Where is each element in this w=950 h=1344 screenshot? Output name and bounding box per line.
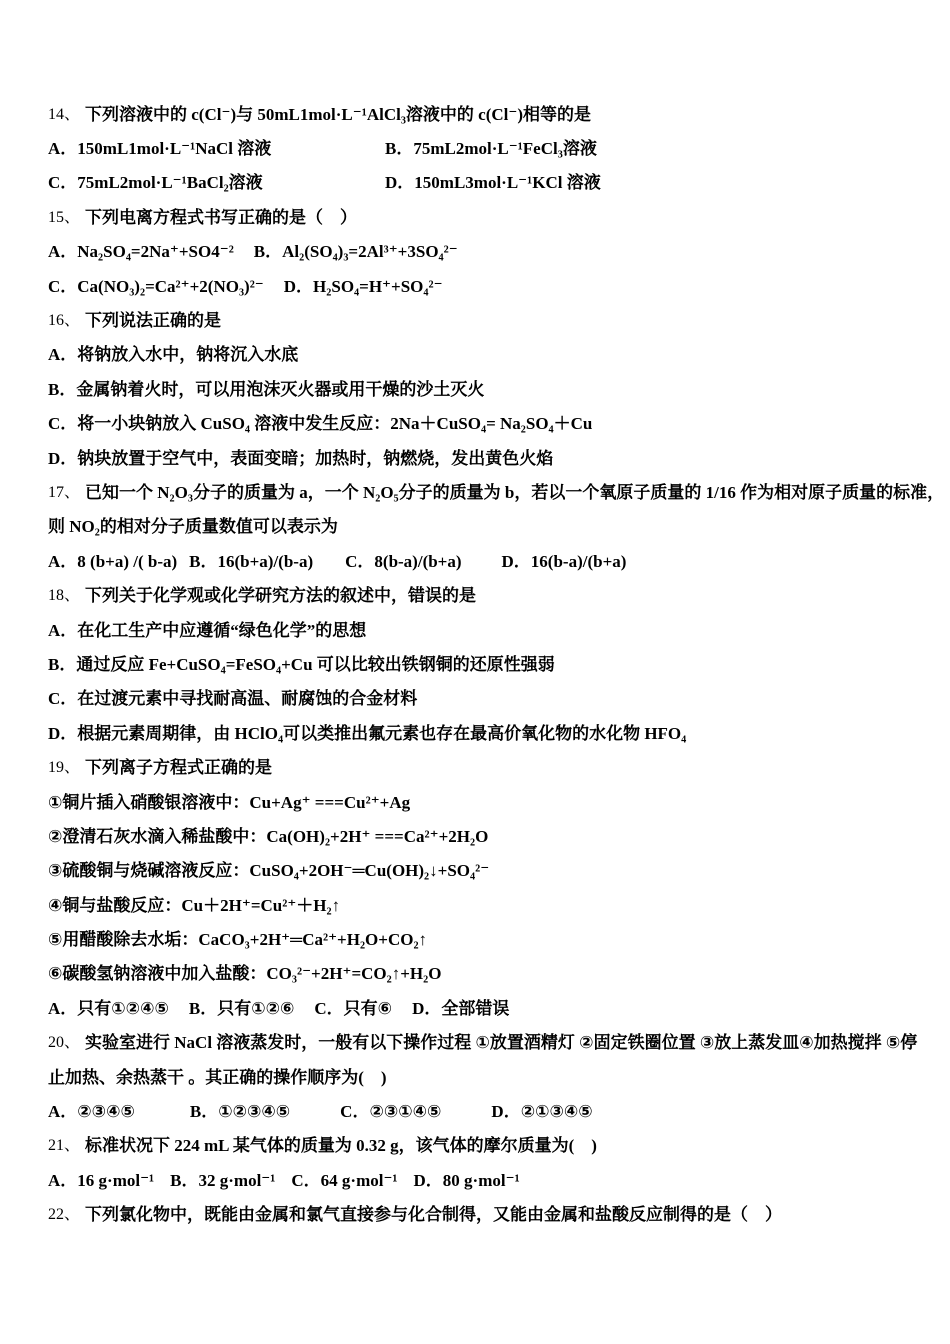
question-22-number: 22、 <box>48 1201 85 1224</box>
question-15-option-c: C．Ca(NO₃)₂=Ca²⁺+2(NO₃)²⁻ <box>48 272 264 297</box>
question-22-stem: 22、 下列氯化物中，既能由金属和氯气直接参与化合制得，又能由金属和盐酸反应制得… <box>48 1196 914 1230</box>
question-17-stem-line-1: 17、 已知一个 N₂O₃分子的质量为 a，一个 N₂O₅分子的质量为 b，若以… <box>48 473 914 507</box>
question-19-number: 19、 <box>48 754 85 777</box>
question-19-item-2: ②澄清石灰水滴入稀盐酸中：Ca(OH)₂+2H⁺ ===Ca²⁺+2H₂O <box>48 817 914 851</box>
question-17-stem-line-2: 则 NO₂的相对分子质量数值可以表示为 <box>48 508 914 542</box>
question-19-stem: 19、 下列离子方程式正确的是 <box>48 748 914 782</box>
question-20-option-c: C．②③①④⑤ <box>340 1097 441 1122</box>
question-15-option-d: D．H₂SO₄=H⁺+SO₄²⁻ <box>284 272 443 297</box>
question-14-number: 14、 <box>48 101 85 124</box>
question-19-stem-text: 下列离子方程式正确的是 <box>85 753 272 778</box>
question-14-option-a: A．150mL1mol·L⁻¹NaCl 溶液 <box>48 134 385 159</box>
question-16-option-c: C．将一小块钠放入 CuSO₄ 溶液中发生反应：2Na＋CuSO₄= Na₂SO… <box>48 405 914 439</box>
question-14-option-d: D．150mL3mol·L⁻¹KCl 溶液 <box>385 168 601 193</box>
exam-page: 14、 下列溶液中的 c(Cl⁻)与 50mL1mol·L⁻¹AlCl₃溶液中的… <box>0 0 950 1230</box>
question-19-options-row: A．只有①②④⑤ B．只有①②⑥ C．只有⑥ D．全部错误 <box>48 989 914 1023</box>
question-14-options-row-1: A．150mL1mol·L⁻¹NaCl 溶液 B．75mL2mol·L⁻¹FeC… <box>48 129 914 163</box>
question-21-number: 21、 <box>48 1132 85 1155</box>
question-17-option-b: B．16(b+a)/(b-a) <box>189 547 313 572</box>
question-15-stem-text: 下列电离方程式书写正确的是（ ） <box>85 203 357 228</box>
question-20-stem-text-1: 实验室进行 NaCl 溶液蒸发时，一般有以下操作过程 ①放置酒精灯 ②固定铁圈位… <box>85 1028 917 1053</box>
question-16-stem-text: 下列说法正确的是 <box>85 306 221 331</box>
question-16-number: 16、 <box>48 307 85 330</box>
question-18-option-a: A．在化工生产中应遵循“绿色化学”的思想 <box>48 611 914 645</box>
question-15-options-row-2: C．Ca(NO₃)₂=Ca²⁺+2(NO₃)²⁻ D．H₂SO₄=H⁺+SO₄²… <box>48 267 914 301</box>
question-15-stem: 15、 下列电离方程式书写正确的是（ ） <box>48 198 914 232</box>
question-17-stem-text-1: 已知一个 N₂O₃分子的质量为 a，一个 N₂O₅分子的质量为 b，若以一个氧原… <box>85 478 944 503</box>
question-18-option-c: C．在过渡元素中寻找耐高温、耐腐蚀的合金材料 <box>48 680 914 714</box>
question-15-options-row-1: A．Na₂SO₄=2Na⁺+SO4⁻² B．Al₂(SO₄)₃=2Al³⁺+3S… <box>48 233 914 267</box>
question-14-options-row-2: C．75mL2mol·L⁻¹BaCl₂溶液 D．150mL3mol·L⁻¹KCl… <box>48 164 914 198</box>
question-20-stem-line-2: 止加热、余热蒸干 。其正确的操作顺序为( ) <box>48 1058 914 1092</box>
question-20-option-a: A．②③④⑤ <box>48 1097 135 1122</box>
question-17-options-row: A．8 (b+a) /( b-a) B．16(b+a)/(b-a) C．8(b-… <box>48 542 914 576</box>
question-17-option-a: A．8 (b+a) /( b-a) <box>48 547 177 572</box>
question-21-option-a: A．16 g·mol⁻¹ <box>48 1166 154 1191</box>
question-18-stem: 18、 下列关于化学观或化学研究方法的叙述中，错误的是 <box>48 576 914 610</box>
question-15-option-b: B．Al₂(SO₄)₃=2Al³⁺+3SO₄²⁻ <box>254 237 458 262</box>
question-19-item-3: ③硫酸铜与烧碱溶液反应：CuSO₄+2OH⁻═Cu(OH)₂↓+SO₄²⁻ <box>48 852 914 886</box>
question-19-option-a: A．只有①②④⑤ <box>48 994 169 1019</box>
question-19-item-6: ⑥碳酸氢钠溶液中加入盐酸：CO₃²⁻+2H⁺=CO₂↑+H₂O <box>48 955 914 989</box>
question-18-option-b: B．通过反应 Fe+CuSO₄=FeSO₄+Cu 可以比较出铁钢铜的还原性强弱 <box>48 645 914 679</box>
question-14-stem-text: 下列溶液中的 c(Cl⁻)与 50mL1mol·L⁻¹AlCl₃溶液中的 c(C… <box>85 100 591 125</box>
question-21-option-c: C．64 g·mol⁻¹ <box>291 1166 397 1191</box>
question-16-option-a: A．将钠放入水中，钠将沉入水底 <box>48 336 914 370</box>
question-21-stem: 21、 标准状况下 224 mL 某气体的质量为 0.32 g，该气体的摩尔质量… <box>48 1127 914 1161</box>
question-19-item-4: ④铜与盐酸反应：Cu＋2H⁺=Cu²⁺＋H₂↑ <box>48 886 914 920</box>
question-15-number: 15、 <box>48 204 85 227</box>
question-19-option-b: B．只有①②⑥ <box>189 994 295 1019</box>
question-20-option-d: D．②①③④⑤ <box>491 1097 592 1122</box>
question-20-options-row: A．②③④⑤ B．①②③④⑤ C．②③①④⑤ D．②①③④⑤ <box>48 1092 914 1126</box>
question-19-item-1: ①铜片插入硝酸银溶液中：Cu+Ag⁺ ===Cu²⁺+Ag <box>48 783 914 817</box>
question-19-option-d: D．全部错误 <box>412 994 509 1019</box>
question-19-option-c: C．只有⑥ <box>314 994 392 1019</box>
question-19-item-5: ⑤用醋酸除去水垢：CaCO₃+2H⁺═Ca²⁺+H₂O+CO₂↑ <box>48 920 914 954</box>
question-16-option-b: B．金属钠着火时，可以用泡沫灭火器或用干燥的沙土灭火 <box>48 370 914 404</box>
question-14-stem: 14、 下列溶液中的 c(Cl⁻)与 50mL1mol·L⁻¹AlCl₃溶液中的… <box>48 95 914 129</box>
question-18-option-d: D．根据元素周期律，由 HClO₄可以类推出氟元素也存在最高价氧化物的水化物 H… <box>48 714 914 748</box>
question-20-number: 20、 <box>48 1029 85 1052</box>
question-21-options-row: A．16 g·mol⁻¹ B．32 g·mol⁻¹ C．64 g·mol⁻¹ D… <box>48 1161 914 1195</box>
question-16-stem: 16、 下列说法正确的是 <box>48 301 914 335</box>
question-17-option-d: D．16(b-a)/(b+a) <box>502 547 627 572</box>
question-21-stem-text: 标准状况下 224 mL 某气体的质量为 0.32 g，该气体的摩尔质量为( ) <box>85 1131 597 1156</box>
question-18-number: 18、 <box>48 582 85 605</box>
question-22-stem-text: 下列氯化物中，既能由金属和氯气直接参与化合制得，又能由金属和盐酸反应制得的是（ … <box>85 1200 782 1225</box>
question-16-option-d: D．钠块放置于空气中，表面变暗；加热时，钠燃烧，发出黄色火焰 <box>48 439 914 473</box>
question-17-option-c: C．8(b-a)/(b+a) <box>345 547 461 572</box>
question-14-option-b: B．75mL2mol·L⁻¹FeCl₃溶液 <box>385 134 597 159</box>
question-14-option-c: C．75mL2mol·L⁻¹BaCl₂溶液 <box>48 168 385 193</box>
question-21-option-d: D．80 g·mol⁻¹ <box>414 1166 520 1191</box>
question-20-stem-line-1: 20、 实验室进行 NaCl 溶液蒸发时，一般有以下操作过程 ①放置酒精灯 ②固… <box>48 1024 914 1058</box>
question-20-option-b: B．①②③④⑤ <box>190 1097 290 1122</box>
question-17-number: 17、 <box>48 479 85 502</box>
question-18-stem-text: 下列关于化学观或化学研究方法的叙述中，错误的是 <box>85 581 476 606</box>
question-15-option-a: A．Na₂SO₄=2Na⁺+SO4⁻² <box>48 237 234 262</box>
question-21-option-b: B．32 g·mol⁻¹ <box>170 1166 275 1191</box>
